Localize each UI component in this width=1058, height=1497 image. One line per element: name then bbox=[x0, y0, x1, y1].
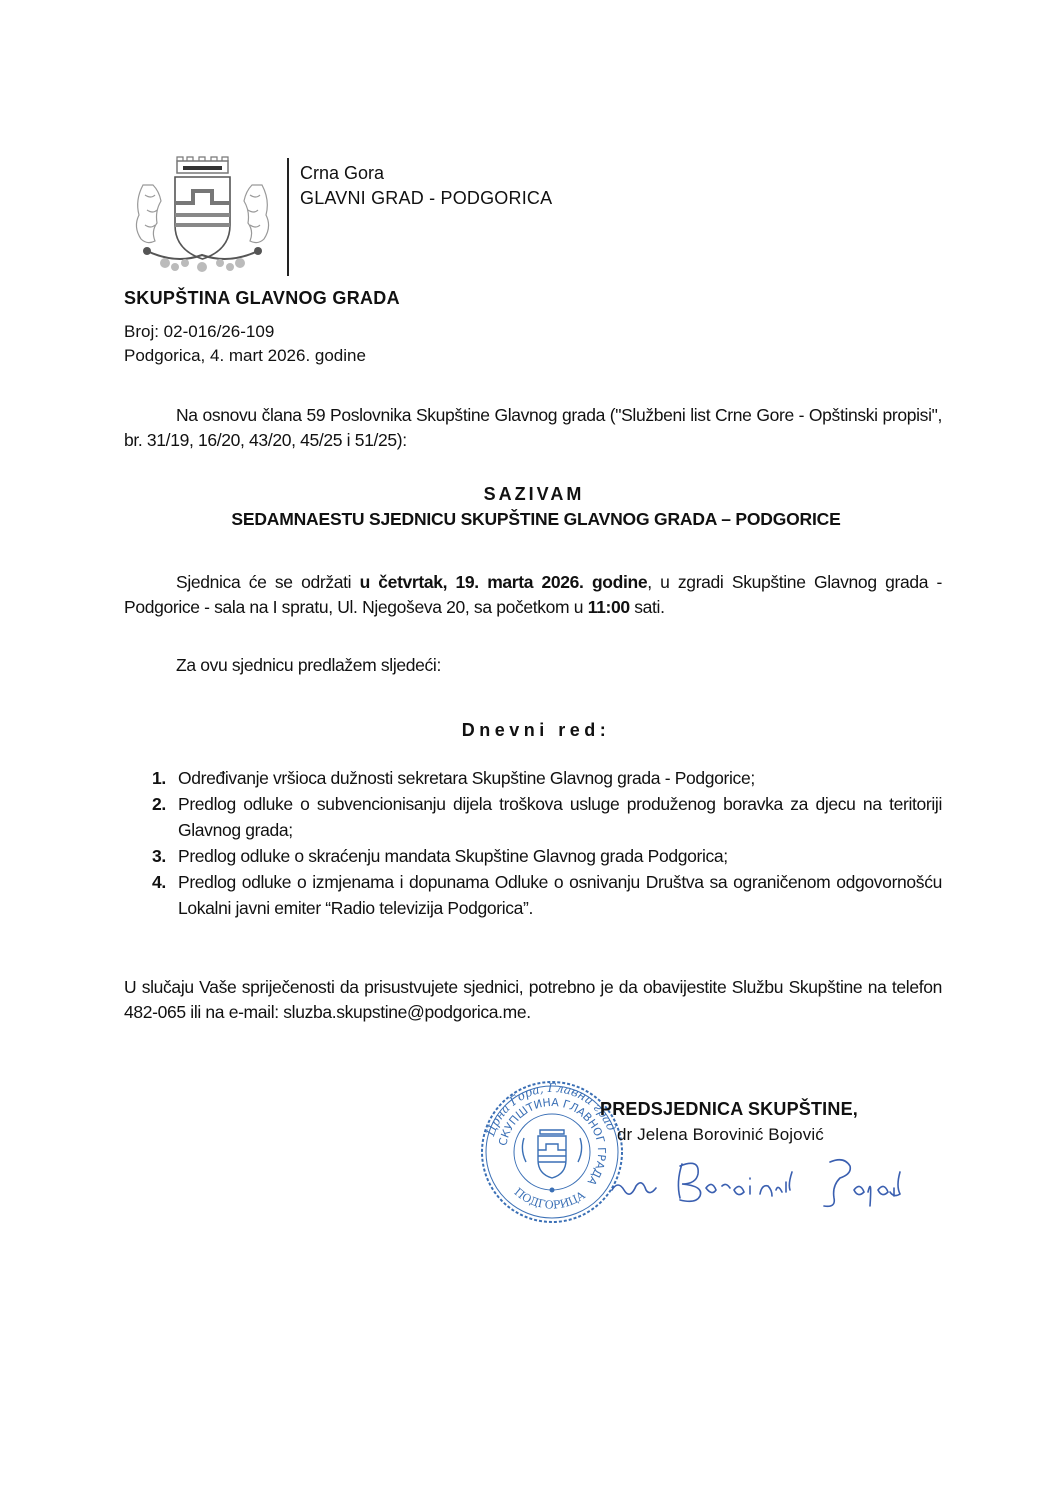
session-text-1: Sjednica će se održati bbox=[176, 572, 360, 592]
agenda-item-text: Određivanje vršioca dužnosti sekretara S… bbox=[178, 768, 755, 788]
agenda-item-number: 2. bbox=[152, 791, 166, 817]
country-name: Crna Gora bbox=[300, 161, 384, 185]
agenda-item-text: Predlog odluke o izmjenama i dopunama Od… bbox=[178, 872, 942, 918]
agenda-title: Dnevni red: bbox=[0, 720, 1058, 741]
document-date: Podgorica, 4. mart 2026. godine bbox=[124, 344, 366, 368]
agenda-item: 3.Predlog odluke o skraćenju mandata Sku… bbox=[152, 843, 942, 869]
session-text-3: sati. bbox=[630, 597, 665, 617]
agenda-item: 1.Određivanje vršioca dužnosti sekretara… bbox=[152, 765, 942, 791]
header-divider bbox=[287, 158, 289, 276]
session-paragraph: Sjednica će se održati u četvrtak, 19. m… bbox=[124, 570, 942, 620]
reference-number: Broj: 02-016/26-109 bbox=[124, 320, 274, 344]
convocation-heading: SAZIVAM bbox=[0, 484, 1058, 505]
institution-name: SKUPŠTINA GLAVNOG GRADA bbox=[124, 288, 400, 309]
proposal-line: Za ovu sjednicu predlažem sljedeći: bbox=[124, 653, 942, 678]
notice-paragraph: U slučaju Vaše spriječenosti da prisustv… bbox=[124, 975, 942, 1025]
agenda-item-number: 3. bbox=[152, 843, 166, 869]
signatory-name: dr Jelena Borovinić Bojović bbox=[617, 1125, 824, 1145]
session-time: 11:00 bbox=[588, 597, 630, 617]
agenda-item-number: 4. bbox=[152, 869, 166, 895]
agenda-item: 2.Predlog odluke o subvencionisanju dije… bbox=[152, 791, 942, 843]
signatory-title: PREDSJEDNICA SKUPŠTINE, bbox=[600, 1099, 858, 1120]
agenda-item: 4.Predlog odluke o izmjenama i dopunama … bbox=[152, 869, 942, 921]
agenda-item-text: Predlog odluke o subvencionisanju dijela… bbox=[178, 794, 942, 840]
session-date: u četvrtak, 19. marta 2026. godine bbox=[360, 572, 648, 592]
coat-of-arms-icon bbox=[125, 155, 280, 275]
handwritten-signature-icon bbox=[610, 1150, 910, 1210]
city-name: GLAVNI GRAD - PODGORICA bbox=[300, 186, 552, 210]
agenda-item-number: 1. bbox=[152, 765, 166, 791]
session-heading: SEDAMNAESTU SJEDNICU SKUPŠTINE GLAVNOG G… bbox=[0, 509, 1058, 530]
intro-paragraph: Na osnovu člana 59 Poslovnika Skupštine … bbox=[124, 403, 942, 453]
agenda-list: 1.Određivanje vršioca dužnosti sekretara… bbox=[152, 765, 942, 921]
agenda-item-text: Predlog odluke o skraćenju mandata Skupš… bbox=[178, 846, 728, 866]
